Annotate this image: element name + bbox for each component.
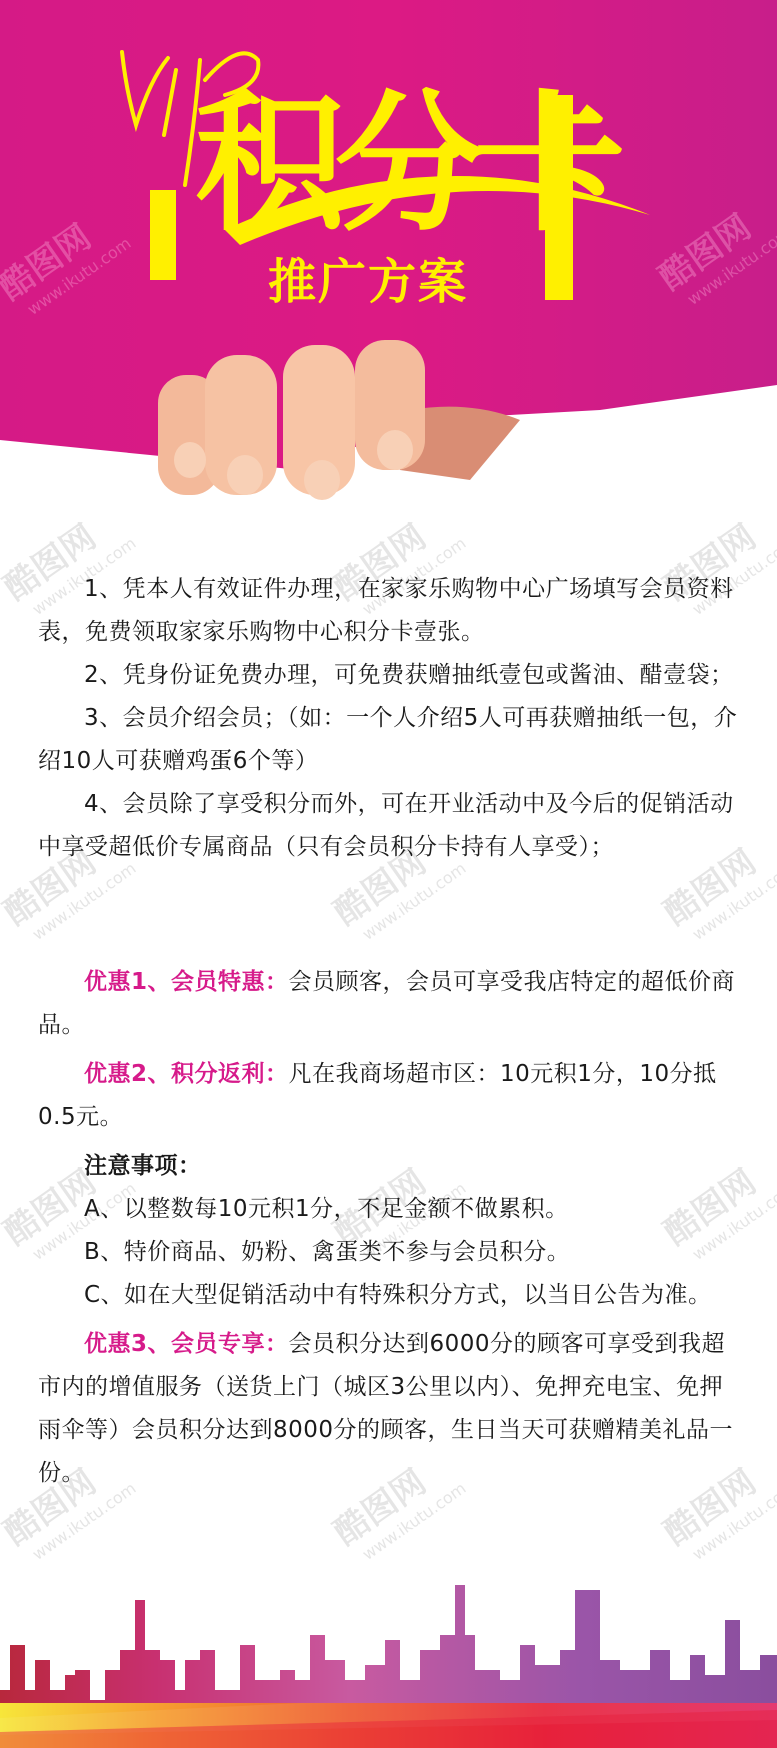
note-b: B、特价商品、奶粉、禽蛋类不参与会员积分。	[38, 1231, 738, 1274]
rule-2: 2、凭身份证免费办理，可免费获赠抽纸壹包或酱油、醋壹袋；	[38, 654, 738, 697]
notes-title: 注意事项：	[38, 1145, 738, 1188]
offer-1-label: 优惠1、会员特惠：	[84, 969, 289, 995]
header-banner: 积分卡 推广方案 酷图网www.ikutu.com 酷图网www.ikutu.c…	[0, 0, 777, 500]
subtitle-text: 推广方案	[268, 243, 468, 312]
rule-1: 1、凭本人有效证件办理，在家家乐购物中心广场填写会员资料表，免费领取家家乐购物中…	[38, 568, 738, 654]
city-skyline-icon	[0, 1560, 777, 1748]
note-c: C、如在大型促销活动中有特殊积分方式，以当日公告为准。	[38, 1274, 738, 1317]
title-text: 积分卡	[195, 90, 615, 240]
note-a: A、以整数每10元积1分，不足金额不做累积。	[38, 1188, 738, 1231]
offer-3-label: 优惠3、会员专享：	[84, 1331, 289, 1357]
footer-skyline	[0, 1560, 777, 1748]
offer-2: 优惠2、积分返利：凡在我商场超市区：10元积1分，10分抵0.5元。	[38, 1053, 738, 1139]
offer-3: 优惠3、会员专享：会员积分达到6000分的顾客可享受到我超市内的增值服务（送货上…	[38, 1323, 738, 1495]
offer-2-label: 优惠2、积分返利：	[84, 1061, 289, 1087]
rule-3: 3、会员介绍会员；（如：一个人介绍5人可再获赠抽纸一包，介绍10人可获赠鸡蛋6个…	[38, 697, 738, 783]
rule-4: 4、会员除了享受积分而外，可在开业活动中及今后的促销活动中享受超低价专属商品（只…	[38, 783, 738, 869]
content-body: 1、凭本人有效证件办理，在家家乐购物中心广场填写会员资料表，免费领取家家乐购物中…	[38, 568, 738, 1495]
offer-1: 优惠1、会员特惠：会员顾客，会员可享受我店特定的超低价商品。	[38, 961, 738, 1047]
